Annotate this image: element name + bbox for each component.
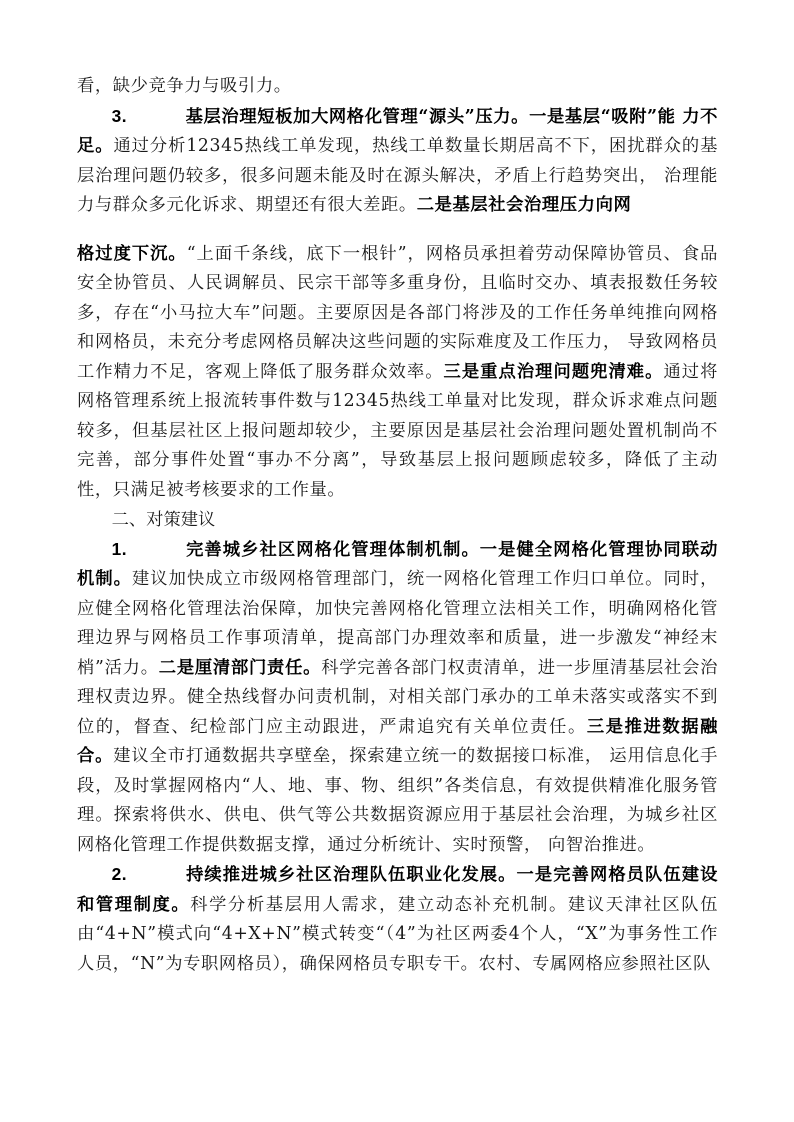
list-number: 2. — [112, 860, 186, 890]
bold-run: 二是厘清部门责任。 — [159, 658, 321, 678]
bold-run: 格过度下沉。 — [77, 244, 187, 264]
text-run: 建议全市打通数据共享壁垒，探索建立统一的数据接口标准， 运用信息化手段，及时掌握… — [77, 746, 718, 855]
text-run: 通过将网格管理系统上报流转事件数与12345热线工单量对比发现，群众诉求难点问题… — [77, 362, 718, 500]
bold-run: 二是基层社会治理压力向网 — [417, 195, 632, 215]
document-page: 看，缺少竞争力与吸引力。 3.基层治理短板加大网格化管理“源头”压力。一是基层“… — [0, 0, 794, 1122]
section-heading: 二、对策建议 — [77, 505, 718, 535]
list-number: 3. — [112, 102, 186, 132]
paragraph-continuation-top: 看，缺少竞争力与吸引力。 — [77, 72, 718, 102]
paragraph-item-2: 2.持续推进城乡社区治理队伍职业化发展。一是完善网格员队伍建设和管理制度。科学分… — [77, 860, 718, 979]
paragraph-item-1: 1.完善城乡社区网格化管理体制机制。一是健全网格化管理协同联动机制。建议加快成立… — [77, 535, 718, 861]
paragraph-item-3: 3.基层治理短板加大网格化管理“源头”压力。一是基层“吸附”能 力不足。通过分析… — [77, 102, 718, 221]
document-body: 看，缺少竞争力与吸引力。 3.基层治理短板加大网格化管理“源头”压力。一是基层“… — [77, 72, 718, 979]
paragraph-continuation: 格过度下沉。“上面千条线，底下一根针”，网格员承担着劳动保障协管员、食品安全协管… — [77, 240, 718, 506]
page-gap — [77, 221, 718, 240]
list-number: 1. — [112, 535, 186, 565]
bold-run: 三是重点治理问题兜清难。 — [444, 362, 664, 382]
text-run: 看，缺少竞争力与吸引力。 — [77, 76, 292, 96]
